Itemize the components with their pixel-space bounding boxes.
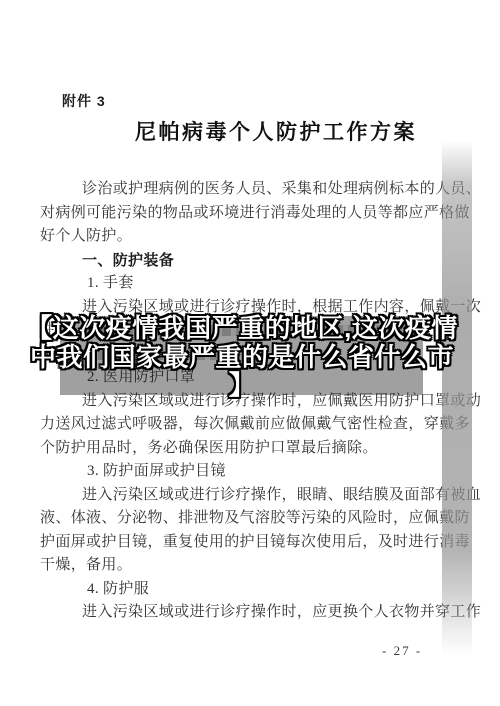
document-photo: 附件 3 尼帕病毒个人防护工作方案 诊治或护理病例的医务人员、采集和处理病例标本… [0, 0, 500, 706]
caption-line-1: 【这次疫情我国严重的地区,这次疫情 [16, 314, 468, 343]
text-line: 好个人防护。 [40, 228, 447, 245]
caption-line-3: 】 [16, 372, 468, 398]
text-line: 3. 防护面屏或护目镜 [87, 463, 447, 480]
text-line: 诊治或护理病例的医务人员、采集和处理病例标本的人员、 [82, 181, 447, 198]
text-line: 液、体液、分泌物、排泄物及气溶胶等污染的风险时，应佩戴防 [40, 510, 447, 527]
document-title: 尼帕病毒个人防护工作方案 [0, 116, 500, 146]
text-line: 进入污染区域或进行诊疗操作，眼睛、眼结膜及面部有被血 [82, 487, 447, 504]
attachment-label: 附件 3 [62, 91, 106, 111]
caption-line-2: 中我们国家最严重的是什么省什么市 [16, 343, 468, 372]
caption-overlay-text: 【这次疫情我国严重的地区,这次疫情 中我们国家最严重的是什么省什么市 】 [16, 314, 468, 398]
text-line: 1. 手套 [87, 275, 447, 292]
text-line: 进入污染区域或进行诊疗操作时，应更换个人衣物并穿工作 [82, 604, 447, 621]
text-line: 护面屏或护目镜，重复使用的护目镜每次使用后，及时进行消毒 [40, 534, 447, 551]
text-line: 对病例可能污染的物品或环境进行消毒处理的人员等都应严格做 [40, 205, 447, 222]
text-line: 4. 防护服 [87, 581, 447, 598]
page-number: - 27 - [382, 643, 422, 659]
text-line: 力送风过滤式呼吸器，每次佩戴前应做佩戴气密性检查，穿戴多 [40, 416, 447, 433]
text-line: 个防护用品时，务必确保医用防护口罩最后摘除。 [40, 440, 447, 457]
text-line: 一、防护装备 [82, 252, 447, 269]
text-line: 干燥，备用。 [40, 557, 447, 574]
